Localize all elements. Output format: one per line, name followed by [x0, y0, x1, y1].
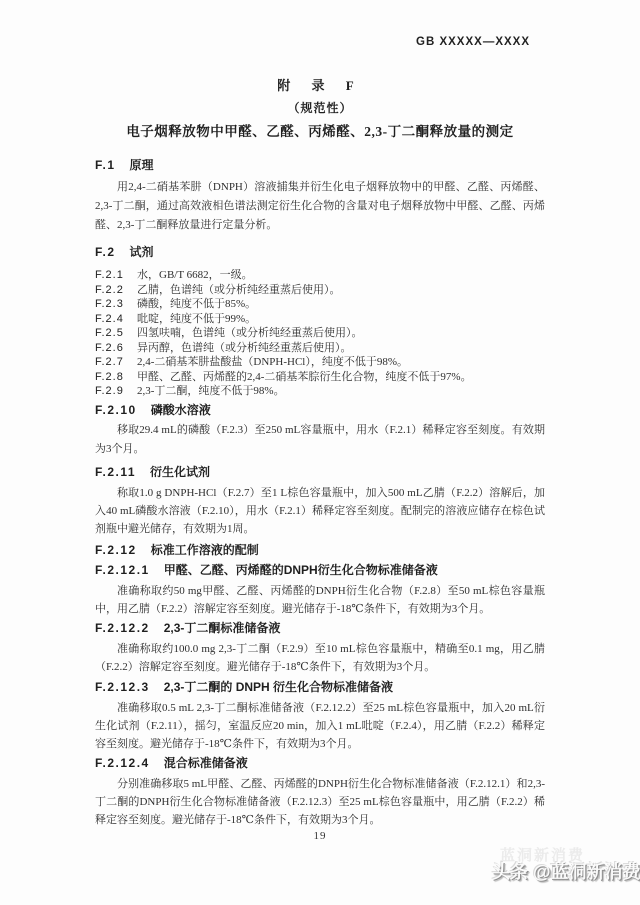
document-page: GB XXXXX—XXXX 附 录 F （规范性） 电子烟释放物中甲醛、乙醛、丙…	[0, 0, 640, 905]
section-heading-f2-12: F.2.12标准工作溶液的配制	[95, 541, 555, 558]
reagent-number: F.2.9	[95, 384, 137, 399]
section-number: F.2	[95, 245, 116, 259]
page-number: 19	[0, 830, 640, 842]
reagent-item: F.2.6异丙醇，色谱纯（或分析纯经重蒸后使用）。	[95, 341, 555, 356]
section-title: 衍生化试剂	[150, 465, 210, 479]
section-heading-f2-12-1: F.2.12.1甲醛、乙醛、丙烯醛的DNPH衍生化合物标准储备液	[95, 561, 555, 578]
section-number: F.2.12.2	[95, 621, 150, 635]
reagent-item: F.2.4吡啶，纯度不低于99%。	[95, 312, 555, 327]
appendix-title: 附 录 F	[0, 75, 640, 94]
reagent-number: F.2.7	[95, 355, 137, 370]
paragraph-f1: 用2,4-二硝基苯肼（DNPH）溶液捕集并衍生化电子烟释放物中的甲醛、乙醛、丙烯…	[95, 178, 545, 235]
section-title: 2,3-丁二酮标准储备液	[164, 621, 281, 635]
watermark-toutiao: 头条 @蓝洞新消费	[492, 858, 640, 884]
section-number: F.2.12	[95, 543, 137, 557]
reagent-list: F.2.1水，GB/T 6682，一级。 F.2.2乙腈，色谱纯（或分析纯经重蒸…	[95, 268, 555, 399]
reagent-text: 水，GB/T 6682，一级。	[137, 269, 253, 281]
reagent-item: F.2.3磷酸，纯度不低于85%。	[95, 297, 555, 312]
paragraph-f2-12-4: 分别准确移取5 mL甲醛、乙醛、丙烯醛的DNPH衍生化合物标准储备液（F.2.1…	[95, 775, 545, 829]
section-heading-f2-11: F.2.11衍生化试剂	[95, 463, 555, 480]
section-number: F.2.11	[95, 465, 136, 479]
section-title: 磷酸水溶液	[151, 403, 211, 417]
section-heading-f1: F.1原理	[95, 156, 555, 173]
section-title: 2,3-丁二酮的 DNPH 衍生化合物标准储备液	[164, 680, 393, 694]
section-title: 混合标准储备液	[164, 756, 248, 770]
section-title: 甲醛、乙醛、丙烯醛的DNPH衍生化合物标准储备液	[164, 563, 438, 577]
document-title: 电子烟释放物中甲醛、乙醛、丙烯醛、2,3-丁二酮释放量的测定	[0, 120, 640, 140]
reagent-number: F.2.3	[95, 297, 137, 312]
section-number: F.1	[95, 158, 116, 172]
reagent-text: 四氢呋喃，色谱纯（或分析纯经重蒸后使用）。	[137, 327, 363, 339]
section-number: F.2.12.3	[95, 680, 150, 694]
section-heading-f2-12-4: F.2.12.4混合标准储备液	[95, 754, 555, 771]
section-number: F.2.12.4	[95, 756, 150, 770]
section-title: 试剂	[130, 245, 154, 259]
paragraph-f2-12-3: 准确移取0.5 mL 2,3-丁二酮标准储备液（F.2.12.2）至25 mL棕…	[95, 699, 545, 753]
reagent-item: F.2.5四氢呋喃，色谱纯（或分析纯经重蒸后使用）。	[95, 326, 555, 341]
section-heading-f2-12-3: F.2.12.32,3-丁二酮的 DNPH 衍生化合物标准储备液	[95, 678, 555, 695]
paragraph-f2-12-1: 准确称取约50 mg甲醛、乙醛、丙烯醛的DNPH衍生化合物（F.2.8）至50 …	[95, 582, 545, 618]
reagent-text: 甲醛、乙醛、丙烯醛的2,4-二硝基苯腙衍生化合物，纯度不低于97%。	[137, 371, 472, 383]
reagent-text: 磷酸，纯度不低于85%。	[137, 298, 256, 310]
reagent-number: F.2.5	[95, 326, 137, 341]
reagent-number: F.2.1	[95, 268, 137, 283]
reagent-text: 吡啶，纯度不低于99%。	[137, 313, 256, 325]
paragraph-f2-11: 称取1.0 g DNPH-HCl（F.2.7）至1 L棕色容量瓶中，加入500 …	[95, 484, 545, 538]
reagent-item: F.2.8甲醛、乙醛、丙烯醛的2,4-二硝基苯腙衍生化合物，纯度不低于97%。	[95, 370, 555, 385]
paragraph-f2-12-2: 准确称取约100.0 mg 2,3-丁二酮（F.2.9）至10 mL棕色容量瓶中…	[95, 640, 545, 676]
reagent-number: F.2.8	[95, 370, 137, 385]
section-title: 原理	[130, 158, 154, 172]
section-heading-f2-12-2: F.2.12.22,3-丁二酮标准储备液	[95, 619, 555, 636]
section-heading-f2: F.2试剂	[95, 243, 555, 260]
reagent-item: F.2.72,4-二硝基苯肼盐酸盐（DNPH-HCl），纯度不低于98%。	[95, 355, 555, 370]
standard-code: GB XXXXX—XXXX	[416, 36, 530, 48]
reagent-item: F.2.1水，GB/T 6682，一级。	[95, 268, 555, 283]
reagent-text: 2,3-丁二酮，纯度不低于98%。	[137, 385, 285, 397]
section-title: 标准工作溶液的配制	[151, 543, 259, 557]
reagent-number: F.2.4	[95, 312, 137, 327]
reagent-text: 异丙醇，色谱纯（或分析纯经重蒸后使用）。	[137, 342, 352, 354]
appendix-type: （规范性）	[0, 99, 640, 116]
paragraph-f2-10: 移取29.4 mL的磷酸（F.2.3）至250 mL容量瓶中，用水（F.2.1）…	[95, 421, 545, 459]
section-heading-f2-10: F.2.10磷酸水溶液	[95, 401, 555, 418]
reagent-text: 乙腈，色谱纯（或分析纯经重蒸后使用）。	[137, 284, 341, 296]
reagent-number: F.2.6	[95, 341, 137, 356]
reagent-text: 2,4-二硝基苯肼盐酸盐（DNPH-HCl），纯度不低于98%。	[137, 356, 408, 368]
reagent-number: F.2.2	[95, 283, 137, 298]
section-number: F.2.10	[95, 403, 137, 417]
section-number: F.2.12.1	[95, 563, 150, 577]
reagent-item: F.2.2乙腈，色谱纯（或分析纯经重蒸后使用）。	[95, 283, 555, 298]
reagent-item: F.2.92,3-丁二酮，纯度不低于98%。	[95, 384, 555, 399]
